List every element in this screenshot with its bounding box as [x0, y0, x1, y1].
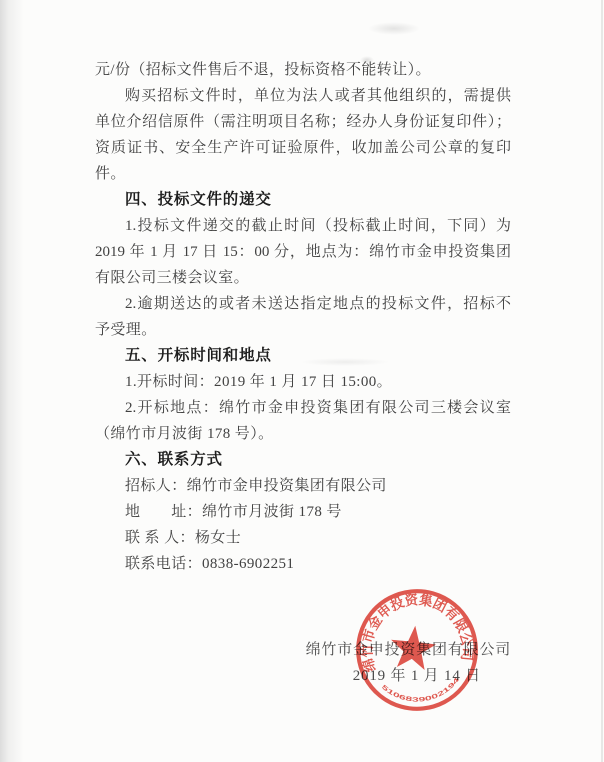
doc-line: 予受理。	[95, 317, 511, 343]
page-edge-shadow-right	[601, 0, 603, 762]
section-heading-contact: 六、联系方式	[95, 447, 511, 473]
document-page: 元/份（招标文件售后不退，投标资格不能转让）。 购买招标文件时，单位为法人或者其…	[0, 0, 604, 762]
doc-line: （绵竹市月波街 178 号）。	[95, 421, 511, 447]
doc-line: 2.逾期送达的或者未送达指定地点的投标文件，招标不	[95, 291, 511, 317]
doc-line: 件。	[95, 161, 511, 187]
doc-line: 2.开标地点：绵竹市金申投资集团有限公司三楼会议室	[95, 395, 511, 421]
section-heading-submission: 四、投标文件的递交	[95, 187, 511, 213]
doc-line: 1.投标文件递交的截止时间（投标截止时间，下同）为	[95, 213, 511, 239]
company-seal: 绵竹市金申投资集团有限公司 5106839002194	[352, 585, 482, 715]
doc-line-tenderer: 招标人：绵竹市金申投资集团有限公司	[95, 473, 511, 499]
doc-line: 购买招标文件时，单位为法人或者其他组织的，需提供	[95, 83, 511, 109]
doc-line-contact-person: 联 系 人：杨女士	[95, 525, 511, 551]
doc-line-address: 地 址：绵竹市月波街 178 号	[95, 499, 511, 525]
doc-line: 1.开标时间：2019 年 1 月 17 日 15:00。	[95, 369, 511, 395]
doc-line: 2019 年 1 月 17 日 15：00 分，地点为：绵竹市金申投资集团	[95, 239, 511, 265]
page-edge-shadow-left	[0, 0, 24, 762]
doc-line: 有限公司三楼会议室。	[95, 265, 511, 291]
seal-star-icon	[390, 624, 439, 673]
scan-smudge	[368, 22, 420, 35]
doc-line: 资质证书、安全生产许可证验原件，收加盖公司公章的复印	[95, 135, 511, 161]
section-heading-opening: 五、开标时间和地点	[95, 343, 511, 369]
doc-line: 单位介绍信原件（需注明项目名称；经办人身份证复印件）；	[95, 109, 511, 135]
doc-line-phone: 联系电话：0838-6902251	[95, 551, 511, 577]
doc-line: 元/份（招标文件售后不退，投标资格不能转让）。	[95, 57, 511, 83]
